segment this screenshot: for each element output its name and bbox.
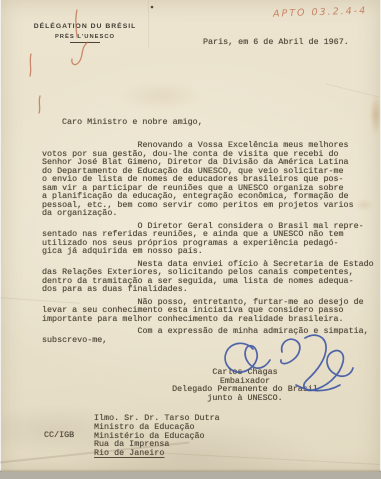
closing-paragraph: Com a expressão de minha admiração e sim… — [42, 327, 378, 344]
letterhead-line1: DÉLÉGATION DU BRÉSIL — [33, 23, 137, 30]
letterhead-line2: PRÈS L'UNESCO — [33, 34, 137, 40]
scanned-letter-page: DÉLÉGATION DU BRÉSIL PRÈS L'UNESCO APTO … — [0, 0, 381, 479]
paragraph-4: Não posso, entretanto, furtar-me ao dese… — [42, 298, 378, 324]
letter-body: Renovando a Vossa Excelência meus melhor… — [42, 141, 378, 348]
paper-crease — [148, 0, 149, 48]
paragraph-3: Nesta data enviei ofício à Secretaria de… — [42, 260, 378, 294]
date-line: Paris, em 6 de Abril de 1967. — [203, 38, 349, 47]
paper-bottom-edge — [0, 469, 381, 472]
addressee-block: Ilmo. Sr. Dr. Tarso Dutra Ministro da Ed… — [94, 414, 220, 458]
reference-initials: CC/IGB — [44, 430, 74, 440]
salutation: Caro Ministro e nobre amigo, — [62, 118, 203, 127]
scanner-background — [0, 471, 381, 479]
addressee-city: Rio de Janeiro — [94, 449, 220, 458]
paragraph-2: O Diretor Geral considera o Brasil mal r… — [42, 222, 378, 256]
letterhead: DÉLÉGATION DU BRÉSIL PRÈS L'UNESCO — [33, 23, 137, 43]
signature-block: Carlos Chagas Embaixador Delegado Perman… — [170, 368, 320, 402]
paragraph-1: Renovando a Vossa Excelência meus melhor… — [42, 141, 378, 218]
letterhead-underline — [70, 42, 100, 43]
signer-org: junto à UNESCO. — [170, 394, 320, 403]
